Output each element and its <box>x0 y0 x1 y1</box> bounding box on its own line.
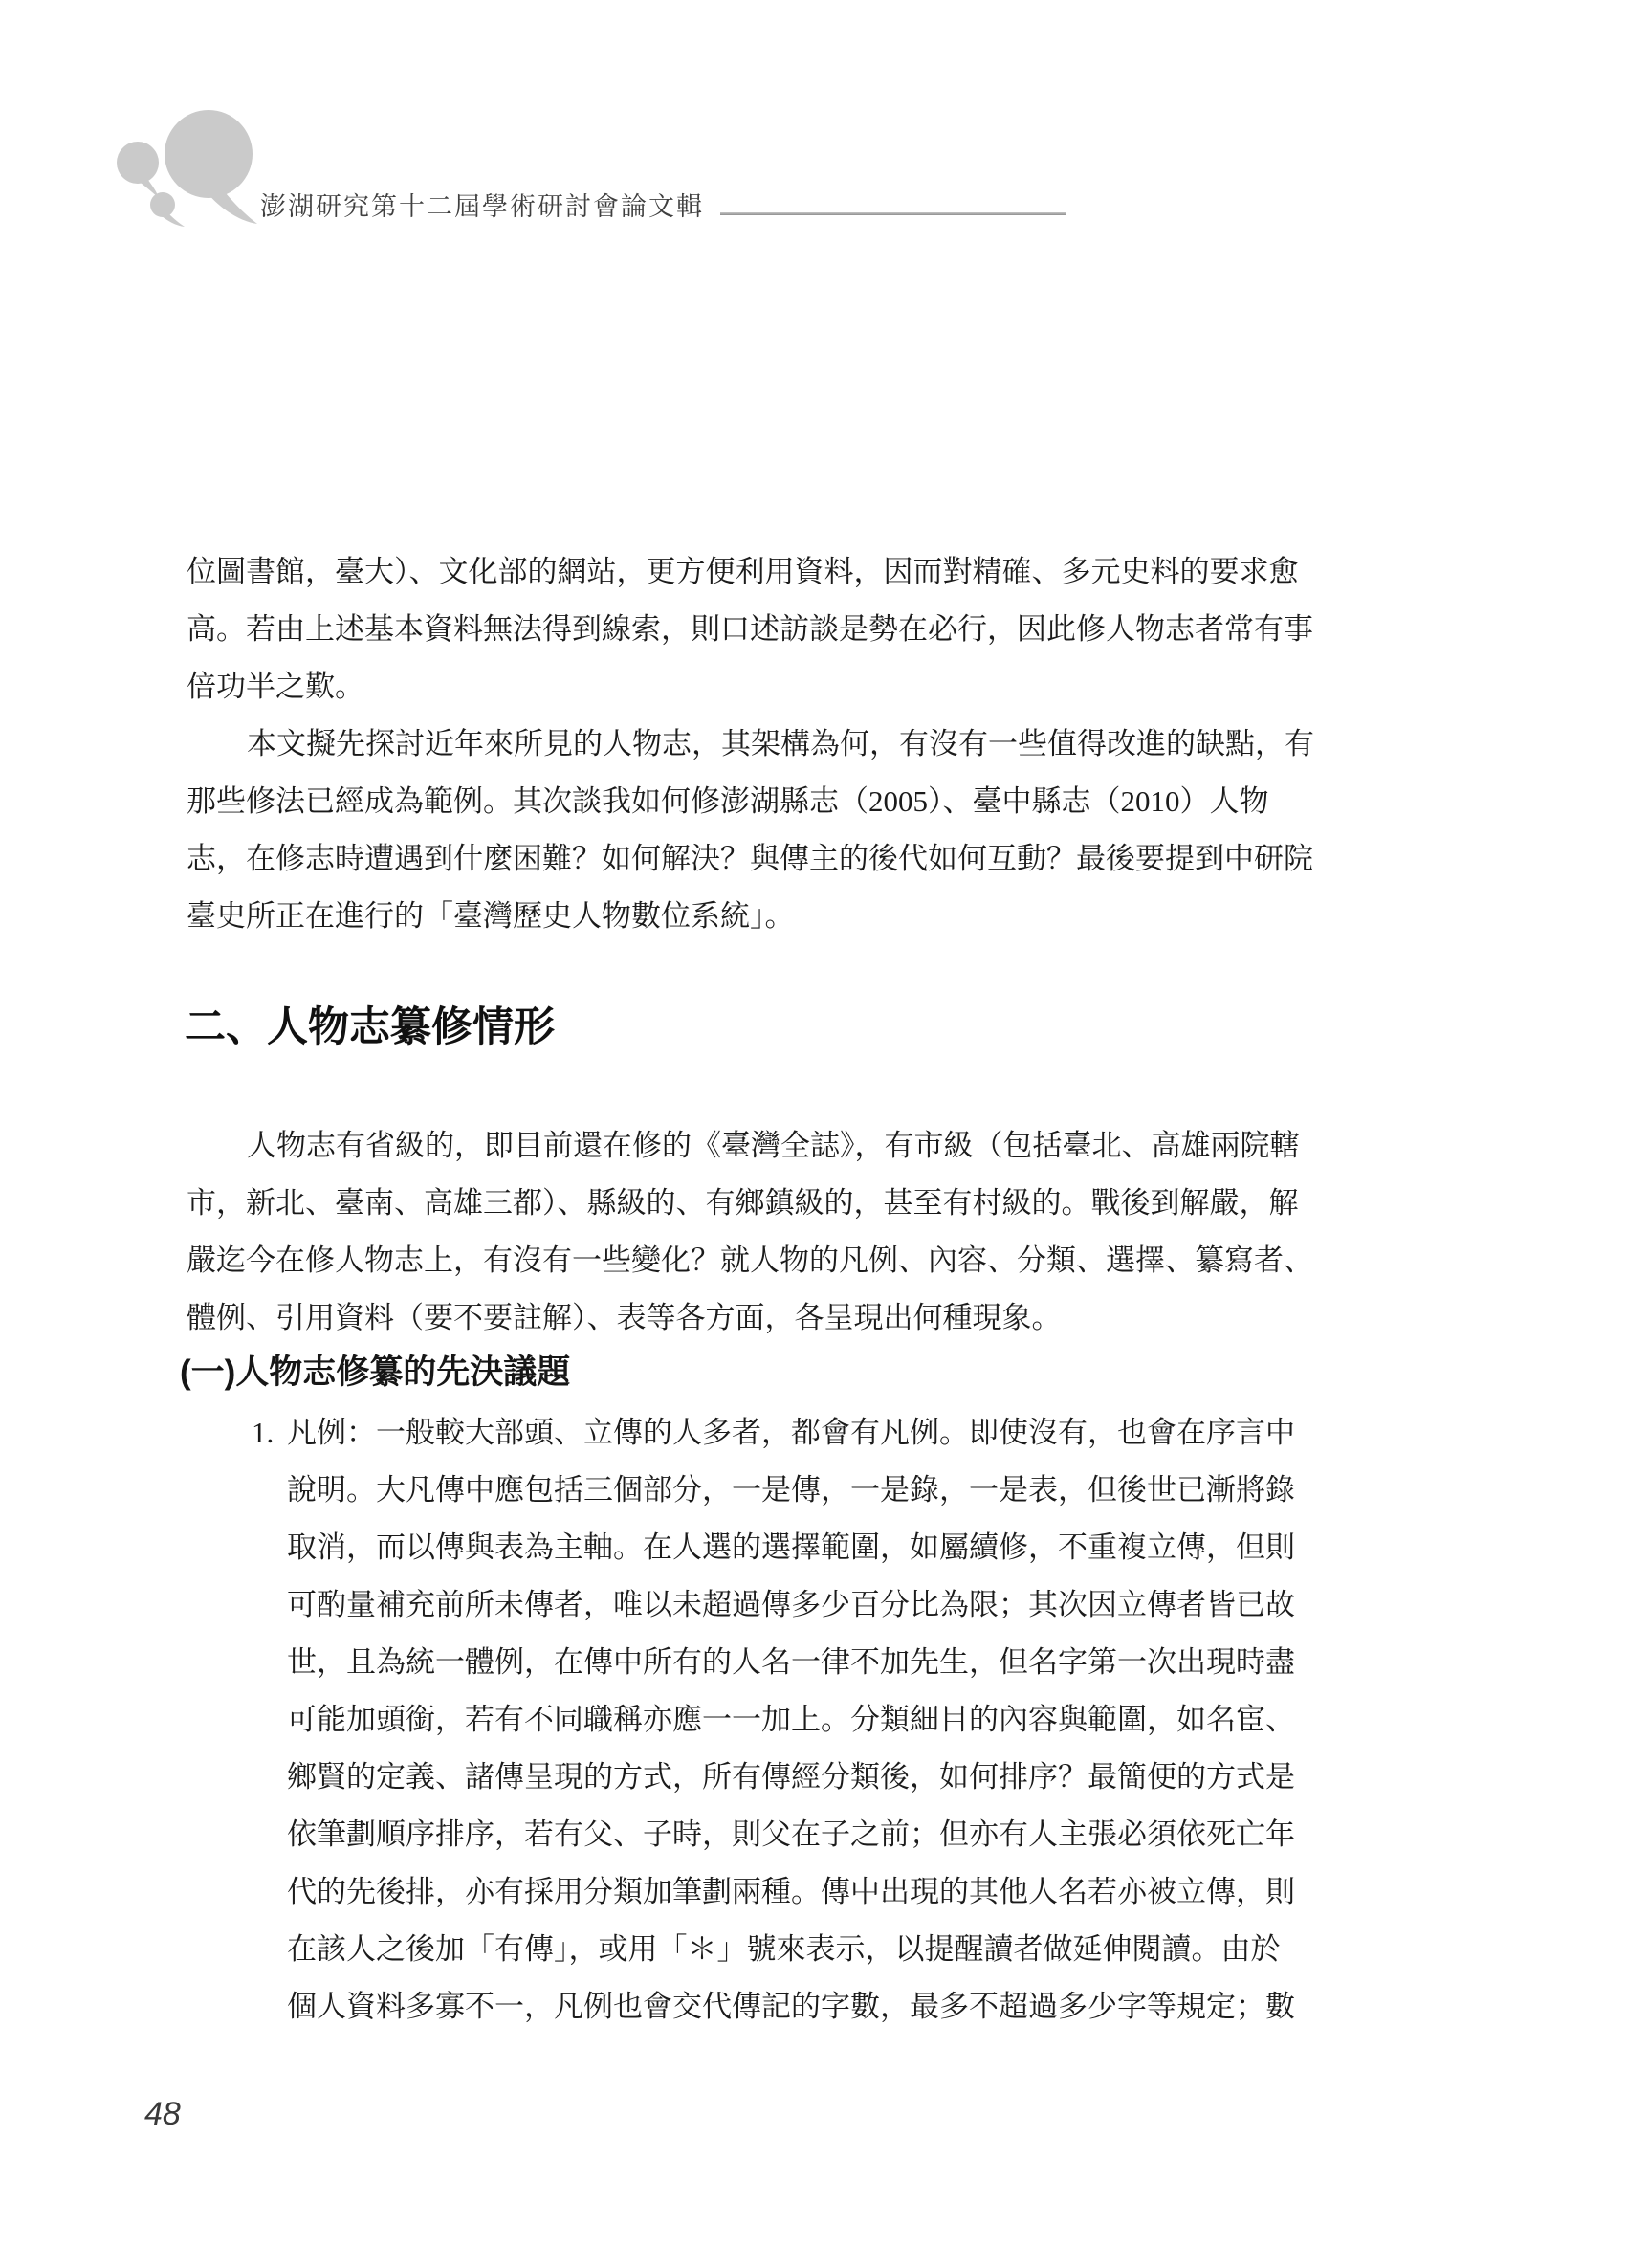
text-line: 取消，而以傳與表為主軸。在人選的選擇範圍，如屬續修，不重複立傳，但則 <box>287 1519 1396 1576</box>
text-line: 位圖書館，臺大）、文化部的網站，更方便利用資料，因而對精確、多元史料的要求愈 <box>187 543 1394 601</box>
text-line: 說明。大凡傳中應包括三個部分，一是傳，一是錄，一是表，但後世已漸將錄 <box>287 1462 1396 1519</box>
text-line: 市，新北、臺南、高雄三都）、縣級的、有鄉鎮級的，甚至有村級的。戰後到解嚴，解 <box>187 1175 1394 1232</box>
text-line: 臺史所正在進行的「臺灣歷史人物數位系統」。 <box>187 888 1394 945</box>
list-item-1-number: 1. <box>252 1404 274 1462</box>
text-line: 可能加頭銜，若有不同職稱亦應一一加上。分類細目的內容與範圍，如名宦、 <box>287 1691 1396 1749</box>
text-line: 志，在修志時遭遇到什麼困難？如何解決？與傳主的後代如何互動？最後要提到中研院 <box>187 830 1394 888</box>
speech-bubbles-logo-icon <box>91 84 282 242</box>
header-divider-line <box>720 212 1066 215</box>
text-line: 個人資料多寡不一，凡例也會交代傳記的字數，最多不超過多少字等規定；數 <box>287 1978 1396 2036</box>
text-line: 本文擬先探討近年來所見的人物志，其架構為何，有沒有一些值得改進的缺點，有 <box>187 716 1394 773</box>
text-line: 凡例：一般較大部頭、立傳的人多者，都會有凡例。即使沒有，也會在序言中 <box>287 1404 1396 1462</box>
text-line: 倍功半之歎。 <box>187 658 1394 716</box>
paragraph-1: 位圖書館，臺大）、文化部的網站，更方便利用資料，因而對精確、多元史料的要求愈高。… <box>187 543 1394 716</box>
text-line: 依筆劃順序排序，若有父、子時，則父在子之前；但亦有人主張必須依死亡年 <box>287 1806 1396 1863</box>
subsection-heading: (一)人物志修纂的先決議題 <box>180 1349 570 1397</box>
text-line: 人物志有省級的，即目前還在修的《臺灣全誌》，有市級（包括臺北、高雄兩院轄 <box>187 1117 1394 1175</box>
paragraph-3: 人物志有省級的，即目前還在修的《臺灣全誌》，有市級（包括臺北、高雄兩院轄市，新北… <box>187 1117 1394 1347</box>
text-line: 世，且為統一體例，在傳中所有的人名一律不加先生，但名字第一次出現時盡 <box>287 1634 1396 1691</box>
text-line: 高。若由上述基本資料無法得到線索，則口述訪談是勢在必行，因此修人物志者常有事 <box>187 601 1394 658</box>
text-line: 代的先後排，亦有採用分類加筆劃兩種。傳中出現的其他人名若亦被立傳，則 <box>287 1863 1396 1921</box>
page-number: 48 <box>144 2095 181 2133</box>
text-line: 在該人之後加「有傳」，或用「＊」號來表示，以提醒讀者做延伸閱讀。由於 <box>287 1921 1396 1978</box>
list-item-1-text: 凡例：一般較大部頭、立傳的人多者，都會有凡例。即使沒有，也會在序言中說明。大凡傳… <box>287 1404 1396 2036</box>
header-booklet-title: 澎湖研究第十二屆學術研討會論文輯 <box>260 189 704 224</box>
paragraph-2: 本文擬先探討近年來所見的人物志，其架構為何，有沒有一些值得改進的缺點，有那些修法… <box>187 716 1394 945</box>
section-heading: 二、人物志纂修情形 <box>185 1004 555 1052</box>
text-line: 體例、引用資料（要不要註解）、表等各方面，各呈現出何種現象。 <box>187 1289 1394 1347</box>
text-line: 鄉賢的定義、諸傳呈現的方式，所有傳經分類後，如何排序？最簡便的方式是 <box>287 1749 1396 1806</box>
text-line: 可酌量補充前所未傳者，唯以未超過傳多少百分比為限；其次因立傳者皆已故 <box>287 1576 1396 1634</box>
document-page: 澎湖研究第十二屆學術研討會論文輯 位圖書館，臺大）、文化部的網站，更方便利用資料… <box>0 0 1626 2268</box>
text-line: 那些修法已經成為範例。其次談我如何修澎湖縣志（2005）、臺中縣志（2010）人… <box>187 773 1394 830</box>
text-line: 嚴迄今在修人物志上，有沒有一些變化？就人物的凡例、內容、分類、選擇、纂寫者、 <box>187 1232 1394 1289</box>
